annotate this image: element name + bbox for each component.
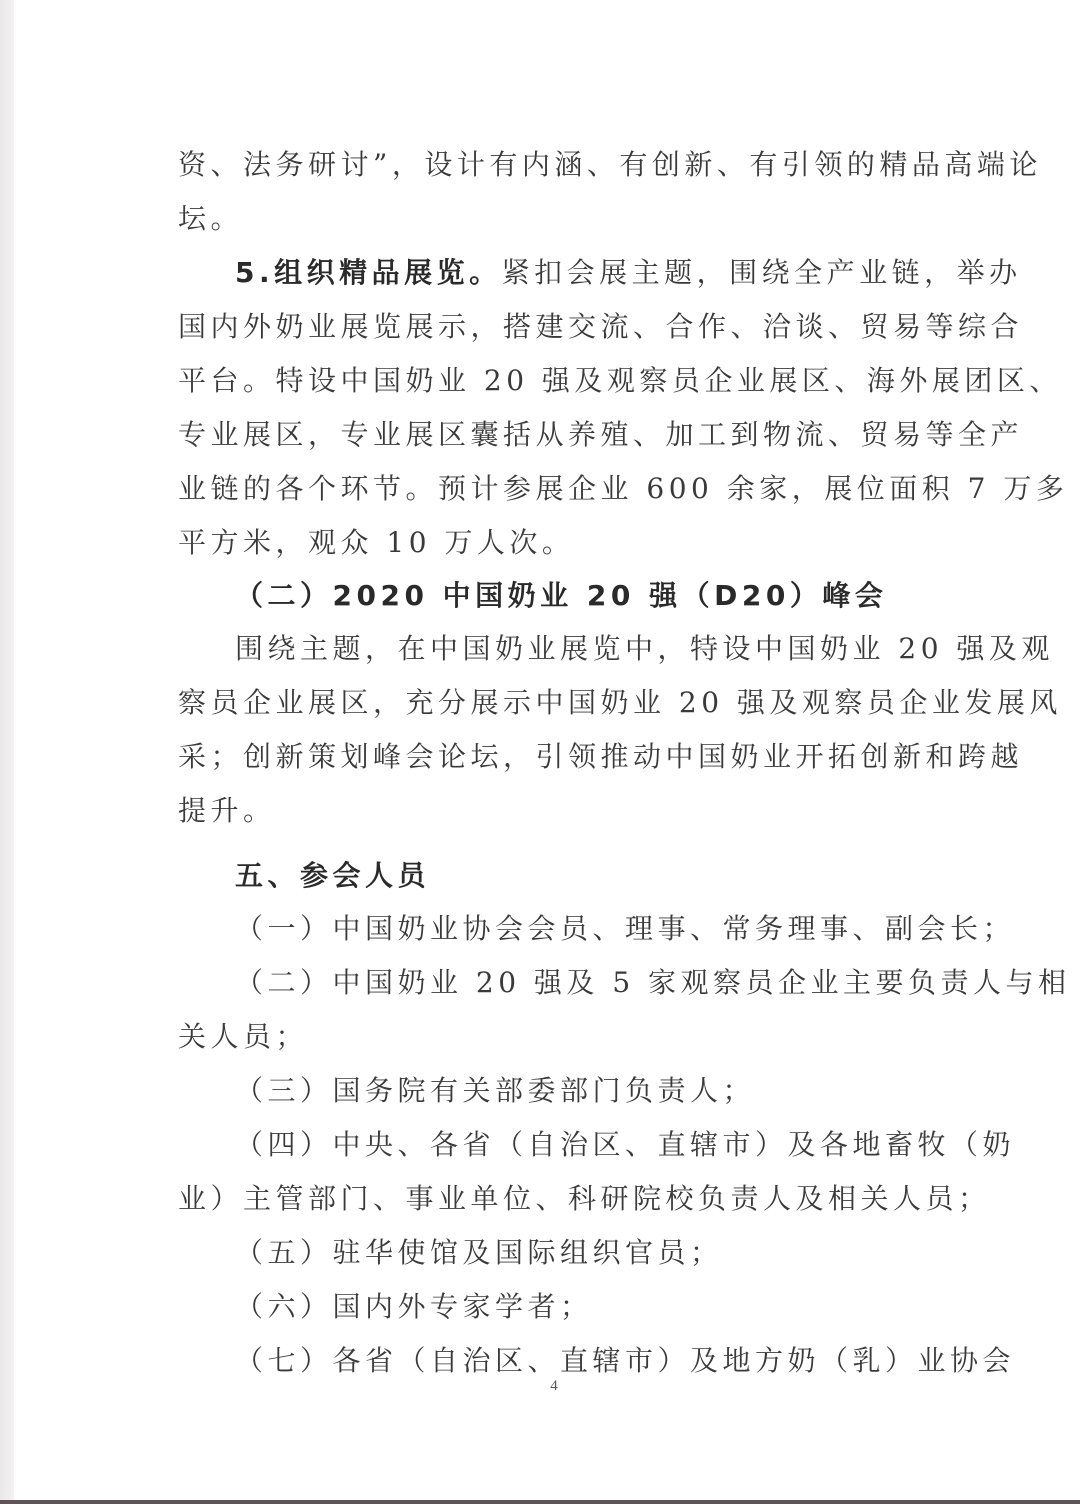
scan-bottom-edge	[0, 1500, 1080, 1504]
page-number: 4	[544, 1378, 564, 1395]
participants-heading: 五、参会人员	[178, 858, 430, 894]
scan-left-edge	[0, 0, 14, 1500]
participant-item-7: （七）各省（自治区、直辖市）及地方奶（乳）业协会	[178, 1343, 928, 1379]
body-line: 国内外奶业展览展示，搭建交流、合作、洽谈、贸易等综合	[178, 309, 928, 345]
body-line: 平台。特设中国奶业 20 强及观察员企业展区、海外展团区、	[178, 363, 928, 399]
participant-item-3: （三）国务院有关部委部门负责人；	[178, 1073, 928, 1109]
body-line: 业链的各个环节。预计参展企业 600 余家，展位面积 7 万多	[178, 471, 928, 507]
body-line: 平方米，观众 10 万人次。	[178, 525, 928, 561]
participant-item-6: （六）国内外专家学者；	[178, 1289, 928, 1325]
exhibition-first-line: 5.组织精品展览。紧扣会展主题，围绕全产业链，举办	[178, 255, 928, 291]
exhibition-text: 紧扣会展主题，围绕全产业链，举办	[502, 256, 1022, 289]
body-line: 采；创新策划峰会论坛，引领推动中国奶业开拓创新和跨越	[178, 739, 928, 775]
exhibition-heading: 5.组织精品展览。	[235, 256, 502, 289]
body-line: 坛。	[178, 201, 928, 237]
document-page: 资、法务研讨”，设计有内涵、有创新、有引领的精品高端论 坛。 5.组织精品展览。…	[14, 0, 1080, 1500]
d20-summit-heading: （二）2020 中国奶业 20 强（D20）峰会	[178, 578, 887, 614]
body-line: 察员企业展区，充分展示中国奶业 20 强及观察员企业发展风	[178, 685, 928, 721]
participant-item-2: （二）中国奶业 20 强及 5 家观察员企业主要负责人与相	[178, 965, 928, 1001]
body-line: 专业展区，专业展区囊括从养殖、加工到物流、贸易等全产	[178, 417, 928, 453]
body-line: 围绕主题，在中国奶业展览中，特设中国奶业 20 强及观	[178, 631, 928, 667]
participant-item-4-cont: 业）主管部门、事业单位、科研院校负责人及相关人员；	[178, 1181, 928, 1217]
participant-item-5: （五）驻华使馆及国际组织官员；	[178, 1235, 928, 1271]
body-line: 提升。	[178, 793, 928, 829]
participant-item-2-cont: 关人员；	[178, 1019, 928, 1055]
body-line: 资、法务研讨”，设计有内涵、有创新、有引领的精品高端论	[178, 147, 928, 183]
participant-item-4: （四）中央、各省（自治区、直辖市）及各地畜牧（奶	[178, 1127, 928, 1163]
participant-item-1: （一）中国奶业协会会员、理事、常务理事、副会长；	[178, 911, 928, 947]
